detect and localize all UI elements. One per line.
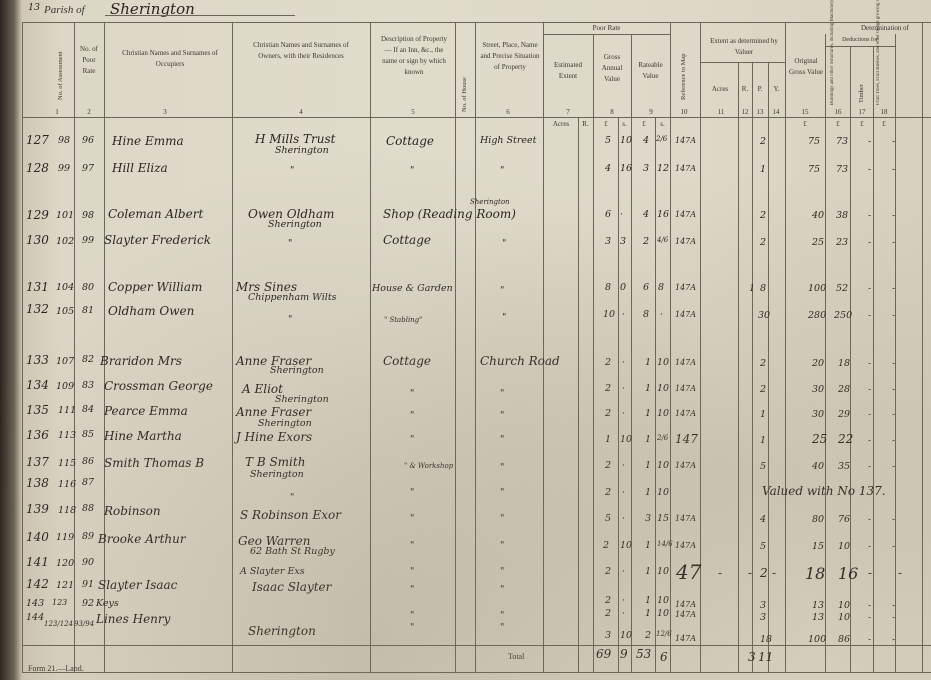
- col-line: [475, 22, 476, 672]
- description: " Stabling": [384, 316, 422, 324]
- rateable-shillings: 15: [657, 513, 669, 524]
- map-ref: 147A: [675, 514, 696, 523]
- fruit: -: [892, 514, 895, 525]
- poor-rate-no: 123: [52, 598, 67, 607]
- assessment-no: 133: [26, 353, 49, 367]
- header-col-9: Rateable Value: [632, 60, 669, 82]
- original-gross: 20: [812, 358, 824, 369]
- unit-pound: £: [831, 120, 845, 128]
- owner: Sherington: [248, 624, 316, 638]
- col-num: 7: [563, 108, 573, 116]
- occupier: Coleman Albert: [108, 207, 203, 221]
- rateable-shillings: 10: [657, 383, 669, 394]
- rateable-shillings: 10: [657, 566, 669, 577]
- map-ref: 147A: [675, 358, 696, 367]
- occupier: Robinson: [104, 504, 161, 518]
- col-line: [455, 22, 456, 672]
- owner-residence: Sherington: [270, 365, 324, 376]
- col-num: 16: [831, 108, 845, 116]
- total-gross-shillings: 9: [620, 647, 628, 661]
- assessment-no: 128: [26, 161, 49, 175]
- rule-top: [22, 22, 931, 23]
- gross-shillings: ·: [622, 309, 625, 320]
- buildings: 10: [838, 541, 850, 552]
- unit-pound: £: [596, 120, 616, 128]
- fruit: -: [892, 612, 895, 623]
- parish-label: Parish of: [44, 4, 85, 16]
- street: ": [500, 610, 504, 621]
- parish-underline: [105, 15, 295, 16]
- rule-poor-rate: [543, 34, 670, 35]
- rateable-shillings: 8: [658, 282, 664, 293]
- original-gross: 25: [812, 237, 824, 248]
- description: " & Workshop: [404, 462, 453, 470]
- col-line: [895, 34, 896, 672]
- col-line: [593, 34, 594, 672]
- header-col-3: Christian Names and Surnames of Occupier…: [120, 48, 220, 70]
- description: ": [410, 566, 414, 577]
- total-label: Total: [508, 652, 524, 661]
- occupier: Oldham Owen: [108, 304, 194, 318]
- extent-p: 2: [760, 237, 766, 248]
- timber: -: [868, 136, 871, 147]
- map-ref: 147A: [675, 541, 696, 550]
- gross-pounds: 4: [605, 163, 611, 174]
- assessment-no: 141: [26, 555, 49, 569]
- timber: -: [868, 409, 871, 420]
- fruit: -: [892, 384, 895, 395]
- poor-rate-no: 119: [56, 532, 74, 543]
- extent-p: 2: [760, 210, 766, 221]
- header-col-8: Gross Annual Value: [594, 52, 630, 85]
- rateable-pounds: 3: [643, 163, 649, 174]
- buildings: 73: [836, 164, 848, 175]
- buildings: 23: [836, 237, 848, 248]
- street: ": [500, 540, 504, 551]
- unit-pound: £: [877, 120, 891, 128]
- original-gross: 80: [812, 514, 824, 525]
- assessment-no: 137: [26, 455, 49, 469]
- rule-header-bottom: [22, 117, 931, 118]
- poor-rate-no: 115: [58, 458, 76, 469]
- header-poor-rate: Poor Rate: [543, 23, 670, 34]
- rateable-pounds: 1: [645, 460, 651, 471]
- description: ": [410, 388, 414, 399]
- gross-shillings: ·: [622, 566, 625, 577]
- original-gross: 15: [812, 541, 824, 552]
- fruit: -: [892, 310, 895, 321]
- col-num: 15: [798, 108, 812, 116]
- map-ref: 147A: [675, 237, 696, 246]
- description: ": [410, 487, 414, 498]
- gross-shillings: 3: [620, 236, 626, 247]
- original-gross: 25: [812, 432, 827, 446]
- poor-rate-no-2: 89: [82, 531, 94, 542]
- occupier: Hill Eliza: [112, 161, 168, 175]
- col-num: 8: [607, 108, 617, 116]
- gross-pounds: 5: [605, 513, 611, 524]
- col-num: 18: [877, 108, 891, 116]
- map-ref: 47: [676, 560, 701, 584]
- timber: -: [868, 237, 871, 248]
- fruit: -: [892, 283, 895, 294]
- col-line: [370, 22, 371, 672]
- assessment-no: 143: [26, 598, 44, 609]
- poor-rate-no-2: 90: [82, 557, 94, 568]
- original-gross: 13: [812, 612, 824, 623]
- occupier: Hine Martha: [104, 429, 182, 443]
- header-col-12: R.: [738, 84, 752, 95]
- assessment-no: 132: [26, 302, 49, 316]
- fruit: -: [892, 210, 895, 221]
- gross-pounds: 10: [603, 309, 615, 320]
- gross-pounds: 5: [605, 135, 611, 146]
- col-num: 12: [739, 108, 751, 116]
- occupier: Copper William: [108, 280, 202, 294]
- assessment-no: 144: [26, 612, 44, 623]
- col-line: [618, 117, 619, 672]
- street: ": [500, 388, 504, 399]
- col-line: [670, 22, 671, 672]
- poor-rate-no-2: 81: [82, 305, 94, 316]
- assessment-no: 129: [26, 208, 49, 222]
- fruit: -: [892, 136, 895, 147]
- rateable-shillings: 14/6: [657, 540, 673, 548]
- header-col-18: Fruit Trees, Fruit Bushes, and other thi…: [876, 50, 881, 105]
- owner: J Hine Exors: [236, 430, 312, 444]
- poor-rate-no: 111: [58, 405, 76, 416]
- gross-pounds: 2: [605, 608, 611, 619]
- timber: -: [868, 435, 871, 446]
- original-gross: 30: [812, 409, 824, 420]
- description: ": [410, 513, 414, 524]
- col-line: [922, 22, 923, 672]
- buildings: 76: [838, 514, 850, 525]
- fruit: -: [892, 409, 895, 420]
- map-ref: 147A: [675, 164, 696, 173]
- street: ": [500, 285, 504, 296]
- assessment-no: 140: [26, 530, 49, 544]
- occupier: Brooke Arthur: [98, 532, 186, 546]
- extent-p: 4: [760, 514, 766, 525]
- page-mark: 13: [28, 2, 40, 13]
- extent-p: 2: [760, 358, 766, 369]
- col-line: [631, 34, 632, 672]
- map-ref: 147A: [675, 610, 696, 619]
- buildings: 250: [834, 310, 852, 321]
- col-num: 3: [160, 108, 170, 116]
- owner: ": [288, 238, 292, 249]
- gross-shillings: ·: [622, 460, 625, 471]
- buildings: 22: [838, 432, 853, 446]
- fruit: -: [892, 237, 895, 248]
- occupier: Slayter Isaac: [98, 578, 177, 592]
- poor-rate-no-2: 97: [82, 163, 94, 174]
- timber: -: [868, 634, 871, 645]
- col-line: [232, 22, 233, 672]
- gross-shillings: ·: [622, 608, 625, 619]
- occupier: Pearce Emma: [104, 404, 188, 418]
- rateable-shillings: 12: [657, 163, 669, 174]
- rateable-pounds: 1: [645, 566, 651, 577]
- extent-p: 5: [760, 541, 766, 552]
- fruit: -: [898, 566, 902, 580]
- rateable-pounds: 6: [643, 282, 649, 293]
- assessment-no: 131: [26, 280, 49, 294]
- map-ref: 147A: [675, 210, 696, 219]
- rateable-shillings: 2/6: [656, 135, 667, 143]
- poor-rate-no: 113: [58, 430, 76, 441]
- gross-pounds: 2: [603, 540, 609, 551]
- owner: ": [288, 314, 292, 325]
- fruit: -: [892, 541, 895, 552]
- description: Cottage: [383, 233, 431, 247]
- poor-rate-no: 102: [56, 236, 74, 247]
- gross-shillings: ·: [620, 209, 623, 220]
- form-number: Form 21.—Land.: [28, 664, 84, 673]
- buildings: 86: [838, 634, 850, 645]
- rateable-pounds: 1: [645, 595, 651, 606]
- assessment-no: 127: [26, 133, 49, 147]
- poor-rate-no-2: 96: [82, 135, 94, 146]
- gross-shillings: 10: [620, 540, 632, 551]
- unit-shilling: s.: [618, 120, 631, 128]
- map-ref: 147A: [675, 634, 696, 643]
- poor-rate-no-2: 84: [82, 404, 94, 415]
- extent-p: 8: [760, 283, 766, 294]
- header-col-14: Y.: [768, 84, 785, 95]
- description: Shop (Reading Room): [383, 207, 516, 221]
- col-line: [752, 62, 753, 672]
- fruit: -: [892, 461, 895, 472]
- poor-rate-no-2: 93/94: [74, 620, 94, 628]
- extent-p: 2: [760, 136, 766, 147]
- col-num: 10: [677, 108, 691, 116]
- extent-p: 2: [760, 384, 766, 395]
- poor-rate-no-2: 83: [82, 380, 94, 391]
- occupier: Crossman George: [104, 379, 213, 393]
- poor-rate-no-2: 99: [82, 235, 94, 246]
- street: ": [500, 434, 504, 445]
- header-col-5: Description of Property— If an Inn, &c.,…: [378, 34, 450, 78]
- col-line: [785, 22, 786, 672]
- extent-p: 2: [760, 566, 768, 580]
- col-num: 13: [754, 108, 766, 116]
- map-ref: 147A: [675, 384, 696, 393]
- street: ": [500, 622, 504, 633]
- original-gross: 30: [812, 384, 824, 395]
- fruit: -: [892, 634, 895, 645]
- header-no-of-house: No. of House: [461, 72, 468, 112]
- description: ": [410, 540, 414, 551]
- buildings: 29: [838, 409, 850, 420]
- total-rateable-pounds: 53: [636, 647, 651, 661]
- description: ": [410, 622, 414, 633]
- poor-rate-no-2: 87: [82, 477, 94, 488]
- buildings: 38: [836, 210, 848, 221]
- rateable-shillings: 10: [657, 357, 669, 368]
- owner-residence: 62 Bath St Rugby: [250, 546, 335, 557]
- poor-rate-no-2: 82: [82, 354, 94, 365]
- rateable-shillings: 4/6: [657, 236, 668, 244]
- unit-pound: £: [855, 120, 869, 128]
- original-gross: 100: [808, 283, 826, 294]
- rateable-pounds: 8: [643, 309, 649, 320]
- total-rateable-shillings: 6: [660, 650, 668, 664]
- street: ": [500, 566, 504, 577]
- rule-total-top: [22, 645, 931, 646]
- unit-shilling: s.: [655, 120, 670, 128]
- description: ": [410, 610, 414, 621]
- timber: -: [868, 384, 871, 395]
- col-num: 6: [503, 108, 513, 116]
- rateable-pounds: 1: [645, 487, 651, 498]
- total-extent-y: 11: [758, 650, 773, 664]
- street: ": [502, 312, 506, 323]
- poor-rate-no-2: 86: [82, 456, 94, 467]
- poor-rate-no: 121: [56, 580, 74, 591]
- rateable-pounds: 1: [645, 434, 651, 445]
- occupier: Smith Thomas B: [104, 456, 204, 470]
- rateable-pounds: 1: [645, 408, 651, 419]
- rateable-shillings: ·: [660, 309, 663, 320]
- header-deductions: Deductions for: [830, 35, 890, 46]
- owner: S Robinson Exor: [240, 508, 341, 522]
- rateable-shillings: 10: [657, 408, 669, 419]
- extent-p: 18: [760, 634, 772, 645]
- header-col-6: Street, Place, Name and Precise Situatio…: [480, 40, 540, 73]
- buildings: 28: [838, 384, 850, 395]
- header-col-16: Buildings and other Structures, includin…: [830, 50, 835, 105]
- rateable-shillings: 10: [657, 460, 669, 471]
- owner: ": [290, 492, 294, 503]
- map-ref: 147A: [675, 409, 696, 418]
- extent-r: -: [748, 566, 752, 580]
- buildings: 52: [836, 283, 848, 294]
- street: ": [500, 487, 504, 498]
- gross-pounds: 2: [605, 460, 611, 471]
- extent-p: 30: [758, 310, 770, 321]
- owner-residence: Sherington: [275, 394, 329, 405]
- assessment-no: 134: [26, 378, 49, 392]
- col-num: 5: [408, 108, 418, 116]
- gross-pounds: 3: [605, 630, 611, 641]
- timber: -: [868, 541, 871, 552]
- valuation-note: Valued with No 137.: [762, 484, 886, 498]
- rule-deductions: [825, 46, 895, 47]
- fruit: -: [892, 600, 895, 611]
- header-col-10: Reference to Map: [680, 30, 687, 100]
- assessment-no: 142: [26, 577, 49, 591]
- owner-residence: Sherington: [268, 219, 322, 230]
- map-ref: 147: [675, 432, 698, 446]
- description: Cottage: [386, 134, 434, 148]
- poor-rate-no: 109: [56, 381, 74, 392]
- poor-rate-no: 105: [56, 306, 74, 317]
- timber: -: [868, 514, 871, 525]
- rateable-shillings: 10: [657, 608, 669, 619]
- original-gross: 75: [808, 164, 820, 175]
- gross-pounds: 2: [605, 487, 611, 498]
- gross-shillings: 10: [620, 630, 632, 641]
- assessment-no: 136: [26, 428, 49, 442]
- poor-rate-no: 118: [58, 505, 76, 516]
- owner-residence: Sherington: [275, 145, 329, 156]
- buildings: 10: [838, 612, 850, 623]
- poor-rate-no-2: 85: [82, 429, 94, 440]
- fruit: -: [892, 358, 895, 369]
- rule-extent: [700, 62, 785, 63]
- extent-p: 1: [760, 409, 766, 420]
- street: ": [500, 410, 504, 421]
- map-ref: 147A: [675, 600, 696, 609]
- description: House & Garden: [372, 283, 453, 294]
- rateable-shillings: 10: [657, 487, 669, 498]
- assessment-no: 135: [26, 403, 49, 417]
- col-line: [873, 46, 874, 672]
- gross-pounds: 8: [605, 282, 611, 293]
- gross-shillings: ·: [622, 357, 625, 368]
- occupier: Keys: [96, 598, 119, 609]
- col-line: [655, 117, 656, 672]
- rateable-pounds: 1: [645, 608, 651, 619]
- header-col-1: No. of Assessment: [57, 40, 64, 100]
- original-gross: 280: [808, 310, 826, 321]
- buildings: 73: [836, 136, 848, 147]
- poor-rate-no-2: 91: [82, 579, 94, 590]
- description: ": [410, 584, 414, 595]
- extent-p: 1: [760, 435, 766, 446]
- col-line: [74, 22, 75, 672]
- col-num: 14: [770, 108, 782, 116]
- description: ": [410, 410, 414, 421]
- owner: ": [290, 165, 294, 176]
- description: ": [410, 165, 414, 176]
- original-gross: 18: [805, 564, 825, 583]
- rateable-pounds: 4: [643, 209, 649, 220]
- poor-rate-no: 101: [56, 210, 74, 221]
- original-gross: 40: [812, 461, 824, 472]
- col-line: [578, 117, 579, 672]
- timber: -: [868, 612, 871, 623]
- original-gross: 13: [812, 600, 824, 611]
- unit-r: R.: [578, 120, 593, 128]
- timber: -: [868, 310, 871, 321]
- timber: -: [868, 461, 871, 472]
- buildings: 18: [838, 358, 850, 369]
- street: ": [500, 165, 504, 176]
- owner-residence: Chippenham Wilts: [248, 292, 337, 303]
- street: ": [500, 584, 504, 595]
- gross-shillings: 10: [620, 135, 632, 146]
- gross-pounds: 1: [605, 434, 611, 445]
- owner-residence: Sherington: [258, 418, 312, 429]
- gross-shillings: ·: [622, 595, 625, 606]
- unit-pound: £: [798, 120, 812, 128]
- unit-acres: Acres: [545, 120, 577, 128]
- timber: -: [868, 358, 871, 369]
- street: ": [500, 462, 504, 473]
- total-extent-p: 3: [748, 650, 756, 664]
- map-ref: 147A: [675, 136, 696, 145]
- map-ref: 147A: [675, 283, 696, 292]
- gross-pounds: 2: [605, 408, 611, 419]
- rateable-pounds: 3: [645, 513, 651, 524]
- gross-pounds: 2: [605, 566, 611, 577]
- gross-shillings: 0: [620, 282, 626, 293]
- gross-shillings: ·: [622, 383, 625, 394]
- extent-acres: -: [718, 566, 722, 580]
